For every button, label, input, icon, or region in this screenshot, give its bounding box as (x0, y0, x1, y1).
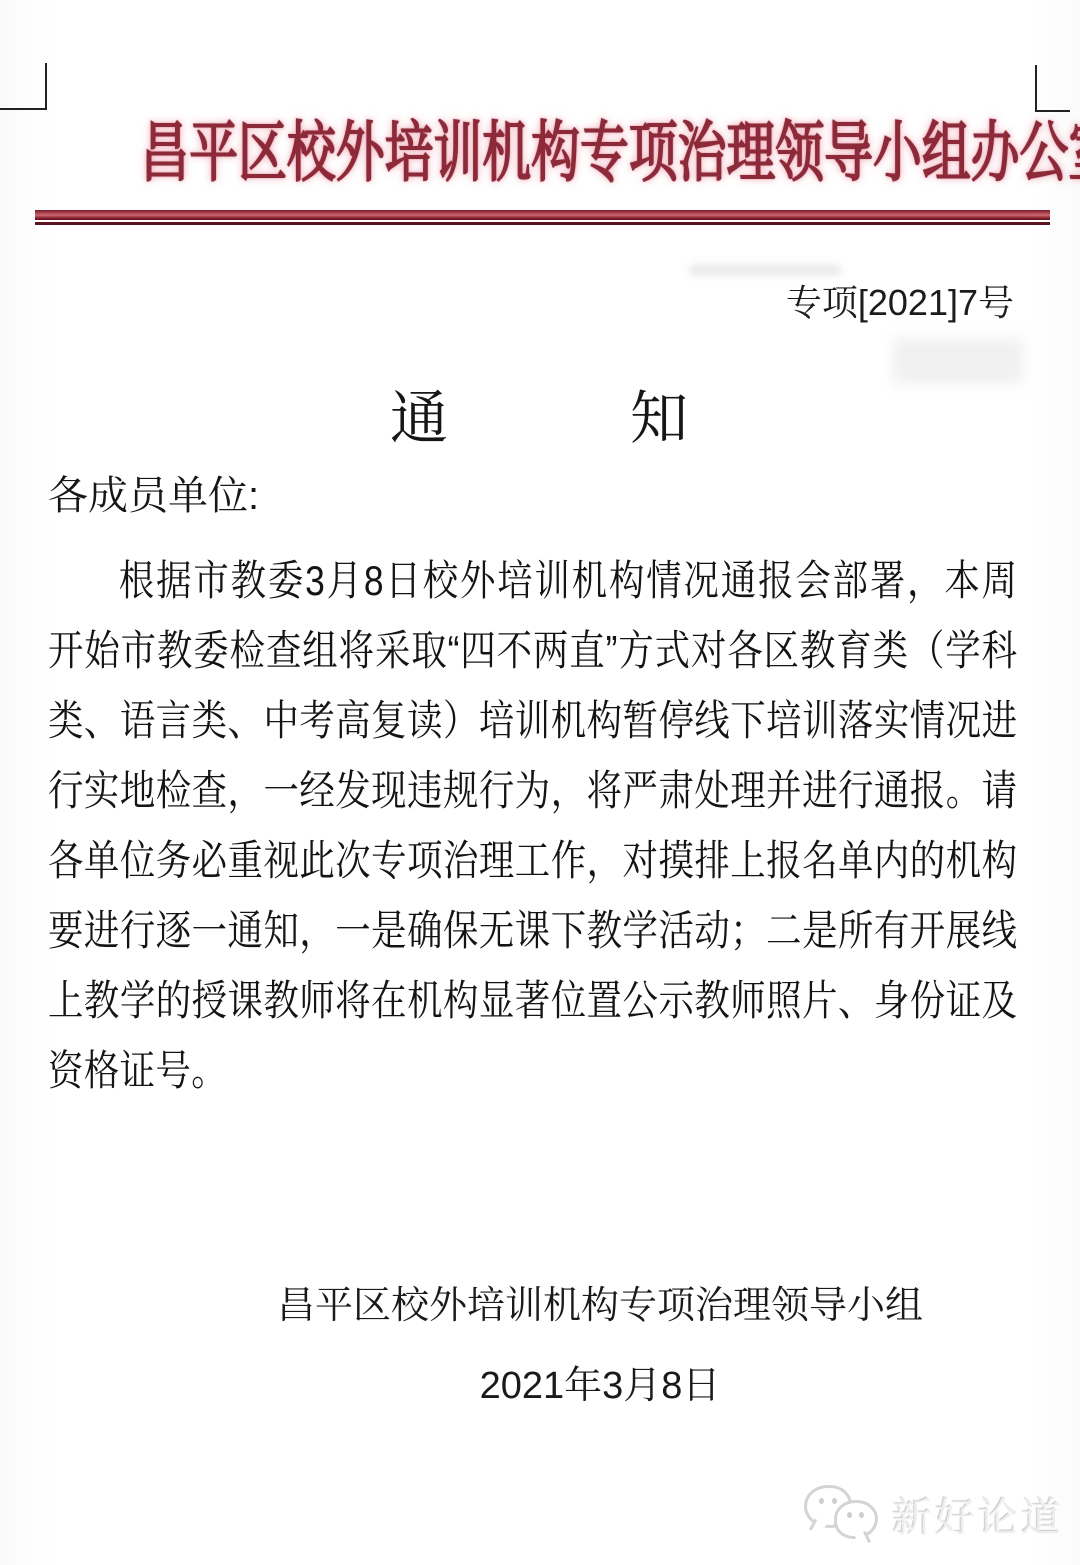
bubble-eye (859, 1512, 864, 1518)
header-rule-thin (35, 222, 1050, 225)
bubble-eye (819, 1498, 824, 1504)
office-header-title: 昌平区校外培训机构专项治理领导小组办公室 (140, 116, 939, 189)
header-double-rule (35, 210, 1050, 225)
salutation: 各成员单位: (48, 472, 1080, 520)
watermark: 新好论道 (802, 1485, 1064, 1543)
signature-block: 昌平区校外培训机构专项治理领导小组 2021年3月8日 (0, 1266, 1080, 1426)
header-rule-thick (35, 210, 1050, 220)
signature-date: 2021年3月8日 (120, 1346, 1080, 1426)
page-corner-mark-right (1035, 65, 1070, 112)
bubble-eye (832, 1498, 837, 1504)
notice-body-paragraph: 根据市教委3月8日校外培训机构情况通报会部署，本周开始市教委检查组将采取“四不两… (48, 546, 1017, 1106)
notice-title: 通 知 (0, 386, 1080, 453)
doc-number: 专项[2021]7号 (0, 281, 1080, 324)
watermark-label: 新好论道 (892, 1486, 1064, 1543)
wechat-bubble-small (834, 1500, 878, 1539)
page-corner-mark-left (0, 63, 47, 110)
bubble-eye (847, 1512, 852, 1518)
wechat-icon (802, 1485, 882, 1543)
signature-org: 昌平区校外培训机构专项治理领导小组 (120, 1266, 1080, 1346)
scan-smudge (690, 265, 840, 275)
scan-smudge (893, 338, 1023, 384)
